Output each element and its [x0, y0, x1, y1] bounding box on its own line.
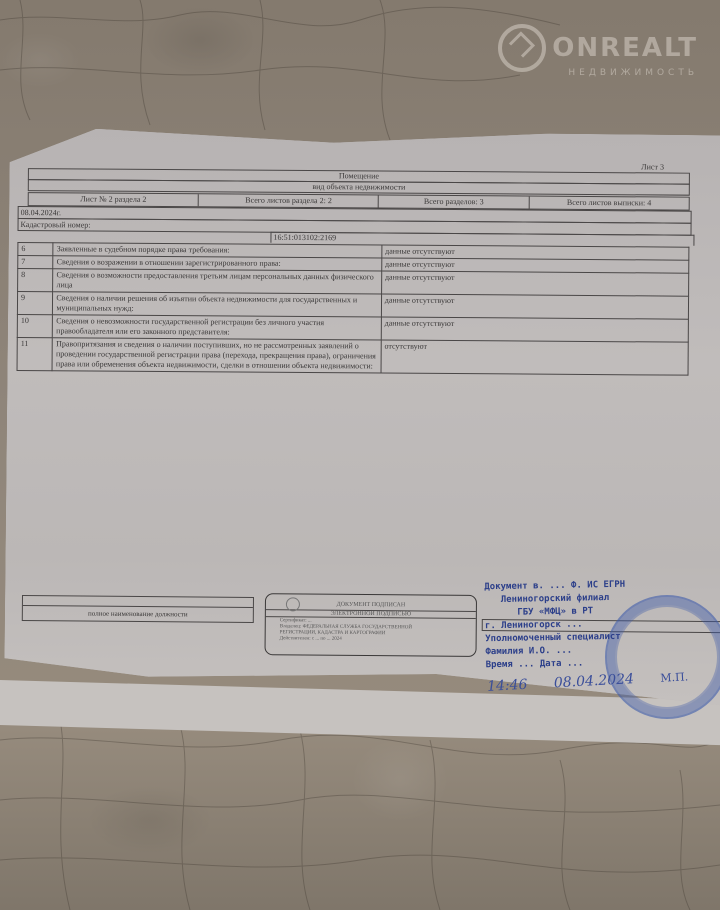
row-value: данные отсутствуют	[381, 294, 688, 319]
section-total-sheets: Всего листов раздела 2: 2	[199, 194, 379, 207]
electronic-signature-stamp: ДОКУМЕНТ ПОДПИСАН ЭЛЕКТРОННОЙ ПОДПИСЬЮ С…	[264, 593, 477, 657]
row-number: 9	[17, 292, 53, 315]
row-number: 6	[18, 243, 53, 256]
onrealt-watermark: ONREALT НЕДВИЖИМОСТЬ	[498, 24, 698, 78]
row-value: данные отсутствуют	[381, 317, 688, 342]
total-extract-sheets: Всего листов выписки: 4	[529, 197, 688, 210]
row-number: 7	[18, 256, 53, 269]
ecp-line: Действителен: с ... по ... 2024	[280, 636, 476, 643]
house-logo-icon	[498, 24, 546, 72]
mfc-stamp: Документ в. ... Ф. ИС ЕГРН Лениногорский…	[484, 579, 626, 672]
stamp-line: Лениногорский филиал	[484, 592, 625, 607]
sheet-label: Лист 3	[641, 162, 664, 171]
row-number: 10	[17, 314, 53, 337]
handwritten-time: 14:46	[487, 677, 528, 695]
table-row: 11Правопритязания и сведения о наличии п…	[17, 337, 688, 375]
stamp-line: Время ... Дата ...	[486, 657, 627, 672]
row-title: Сведения о невозможности государственной…	[53, 315, 382, 340]
total-sections: Всего разделов: 3	[379, 196, 529, 209]
row-value: данные отсутствуют	[381, 271, 688, 296]
position-box: полное наименование должности	[22, 595, 254, 623]
section-sheet: Лист № 2 раздела 2	[29, 193, 199, 206]
seal-mark: М.П.	[660, 670, 689, 684]
row-value: отсутствуют	[381, 340, 688, 375]
encumbrance-table: 6Заявленные в судебном порядке права тре…	[17, 242, 690, 376]
row-title: Сведения о возможности предоставления тр…	[53, 269, 382, 294]
row-number: 8	[18, 269, 54, 292]
emblem-icon	[286, 597, 300, 611]
watermark-brand: ONREALT	[552, 33, 698, 63]
row-title: Правопритязания и сведения о наличии пос…	[52, 338, 381, 373]
stamp-line: Уполномоченный специалист	[485, 631, 626, 646]
row-number: 11	[17, 337, 53, 370]
position-caption: полное наименование должности	[23, 609, 253, 619]
row-title: Сведения о наличии решения об изъятии об…	[53, 292, 382, 317]
